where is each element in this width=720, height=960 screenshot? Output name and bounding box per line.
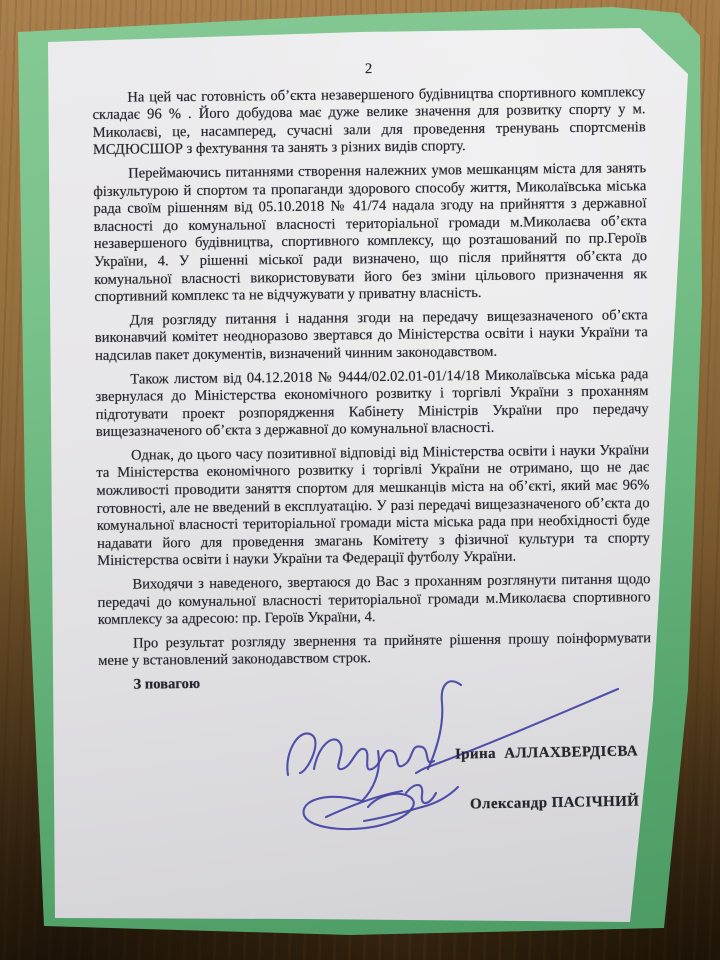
letter-body: 2 На цей час готовність об’єкта незаверш… bbox=[92, 58, 652, 700]
paragraph-letter-2018: Також листом від 04.12.2018 № 9444/02.02… bbox=[95, 366, 649, 442]
signatory-name-allakhverdieva: Ірина АЛЛАХВЕРДІЄВА bbox=[455, 743, 638, 763]
paragraph-council-decision: Переймаючись питаннями створення належни… bbox=[93, 160, 647, 307]
paragraph-readiness: На цей час готовність об’єкта незавершен… bbox=[92, 84, 646, 160]
paragraph-ministry-requests: Для розгляду питання і надання згоди на … bbox=[95, 307, 649, 366]
page-number: 2 bbox=[92, 58, 645, 81]
paragraph-no-reply: Однак, до цього часу позитивної відповід… bbox=[96, 442, 650, 571]
paragraph-request: Виходячи з наведеного, звертаюся до Вас … bbox=[97, 571, 651, 630]
signatory-name-pasichnyi: Олександр ПАСІЧНИЙ bbox=[470, 794, 640, 814]
document-content: 2 На цей час готовність об’єкта незаверш… bbox=[0, 0, 720, 960]
